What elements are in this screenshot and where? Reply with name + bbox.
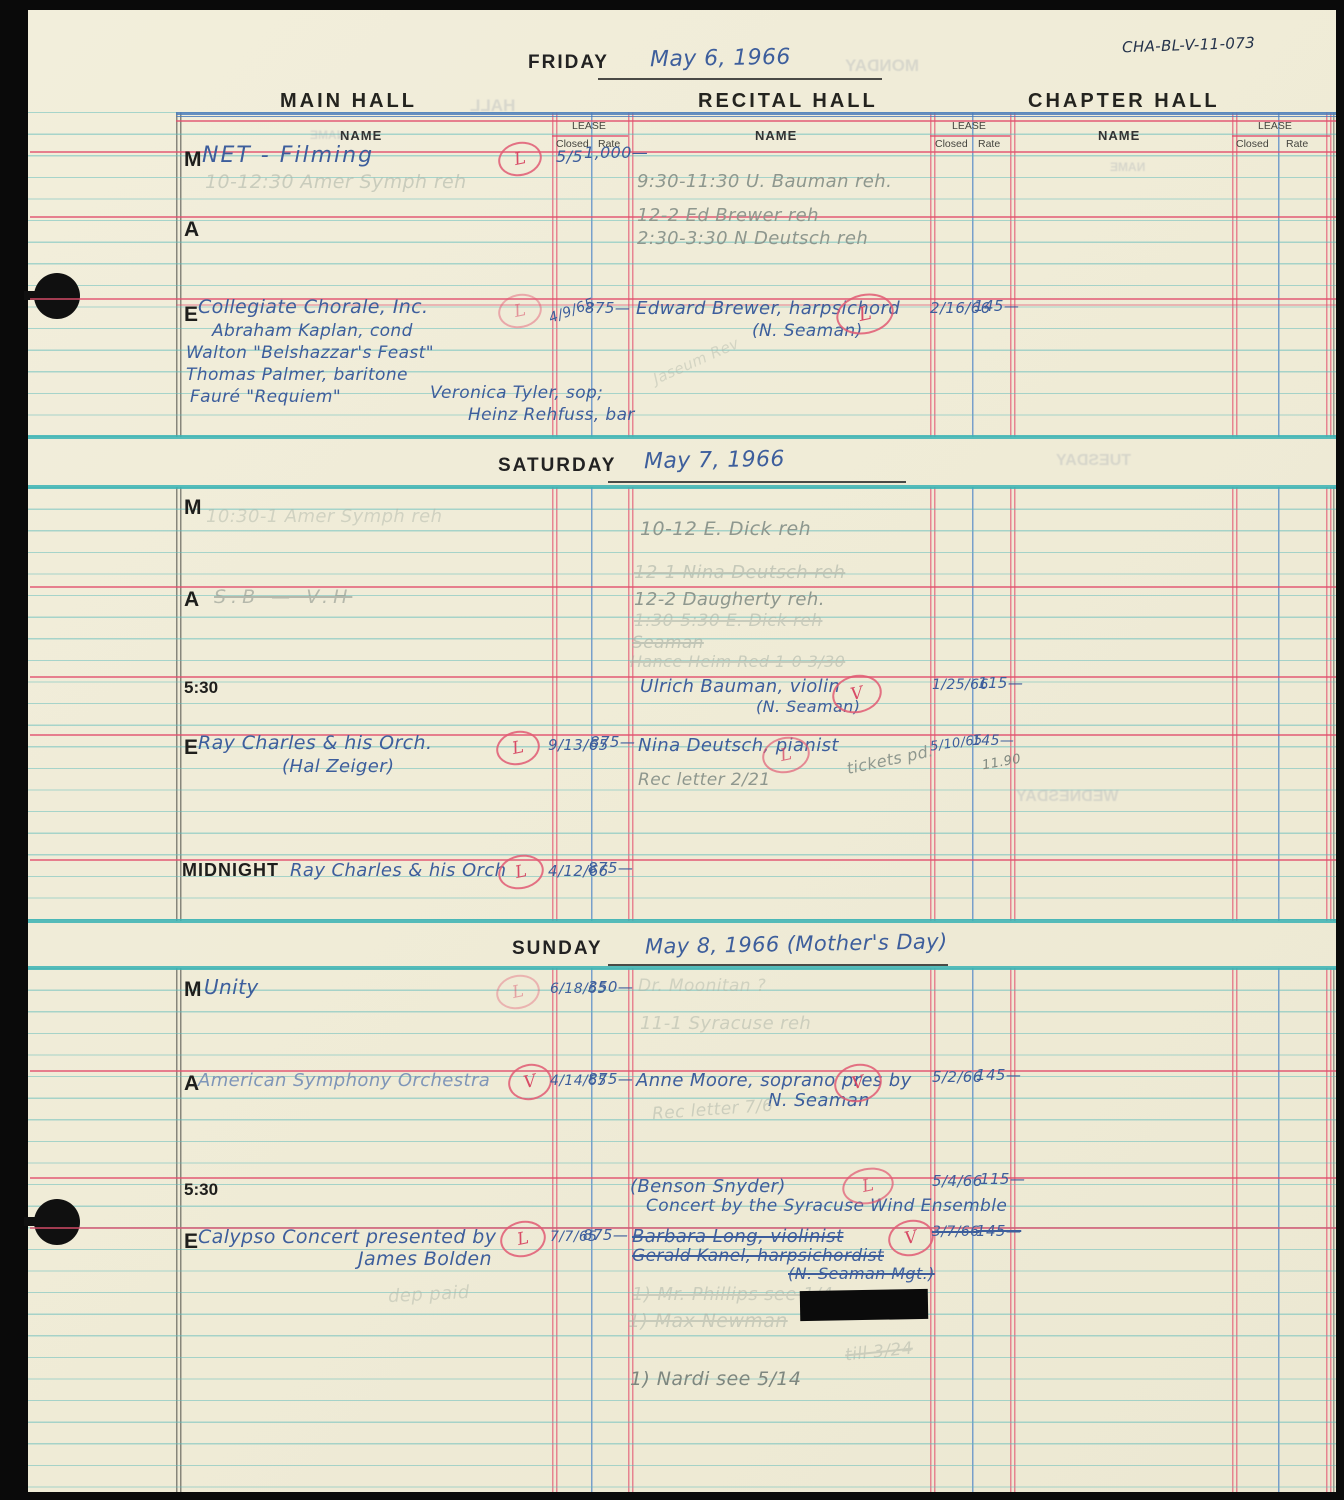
friday-main-e-soloist3: Heinz Rehfuss, bar <box>468 405 635 425</box>
saturday-recital-m-struck-note: 12-1 Nina Deutsch reh <box>634 562 845 583</box>
section-divider <box>28 919 1336 923</box>
saturday-table-grid <box>28 487 1336 921</box>
saturday-recital-a-struck-note1: 1:30-5:30 E. Dick reh <box>634 611 822 631</box>
punch-hole-bottom-tear <box>24 1217 44 1226</box>
friday-recital-e-rate: 145— <box>974 297 1019 315</box>
sunday-recital-e-struck-management: (N. Seaman Mgt.) <box>788 1264 935 1283</box>
sunday-main-a-entry: American Symphony Orchestra <box>198 1070 490 1091</box>
lease-subrule <box>552 135 628 137</box>
saturday-main-m-pencil-note: 10:30-1 Amer Symph reh <box>206 506 442 527</box>
sunday-main-e-deposit-note: dep paid <box>388 1282 471 1307</box>
sunday-recital-e-struck-closed-date: 3/7/66 <box>932 1224 979 1240</box>
chapter-rate-header: Rate <box>1286 138 1308 150</box>
saturday-main-e-rate: 875— <box>590 733 635 751</box>
friday-recital-m-pencil-note: 9:30-11:30 U. Bauman reh. <box>637 171 892 192</box>
chapter-hall-title: CHAPTER HALL <box>1028 90 1220 113</box>
saturday-recital-a-struck-note2: Seaman <box>632 633 704 653</box>
sunday-main-m-rate: 350— <box>588 978 633 996</box>
saturday-main-e-management: (Hal Zeiger) <box>282 756 394 777</box>
sunday-recital-530-entry: (Benson Snyder) <box>630 1176 786 1197</box>
sunday-row-a: A <box>184 1072 199 1096</box>
bleed-through-text: TUESDAY <box>1056 452 1131 470</box>
sunday-day-label: SUNDAY <box>512 938 603 960</box>
saturday-row-m: M <box>184 496 202 520</box>
sunday-main-e-entry: Calypso Concert presented by <box>198 1226 496 1248</box>
saturday-date: May 7, 1966 <box>644 447 785 474</box>
friday-main-m-entry: NET - Filming <box>202 143 374 168</box>
saturday-row-midnight: MIDNIGHT <box>182 860 279 881</box>
bleed-through-text: MONDAY <box>845 56 919 76</box>
friday-main-e-program1: Walton "Belshazzar's Feast" <box>186 343 434 363</box>
friday-recital-a-pencil-note1: 12-2 Ed Brewer reh <box>637 205 819 226</box>
friday-main-e-rate: 875— <box>585 299 630 317</box>
sunday-row-530: 5:30 <box>184 1180 218 1200</box>
friday-main-e-soloist1: Thomas Palmer, baritone <box>186 365 408 385</box>
friday-main-e-soloist2: Veronica Tyler, sop; <box>430 383 603 403</box>
saturday-date-rule <box>608 481 906 483</box>
sunday-main-m-entry: Unity <box>204 975 259 999</box>
recital-hall-title: RECITAL HALL <box>698 90 878 113</box>
saturday-day-label: SATURDAY <box>498 455 616 477</box>
saturday-recital-a-pencil-note: 12-2 Daugherty reh. <box>634 589 825 610</box>
bleed-through-text: WEDNESDAY <box>1016 788 1119 806</box>
sunday-recital-m-pencil-note1: Dr. Moonitan ? <box>638 976 766 996</box>
friday-main-m-rate: 1,000— <box>584 143 648 162</box>
sunday-recital-e-struck-rate: 145— <box>976 1222 1021 1240</box>
table-top-rule-thin <box>176 116 1336 117</box>
bleed-through-text: NAME <box>1110 160 1145 174</box>
section-divider <box>28 485 1336 489</box>
sunday-main-e-presenter: James Bolden <box>358 1248 492 1270</box>
main-lease-header: LEASE <box>572 120 606 132</box>
friday-main-m-pencil-note: 10-12:30 Amer Symph reh <box>205 171 467 193</box>
recital-name-header: NAME <box>755 128 797 143</box>
chapter-lease-header: LEASE <box>1258 120 1292 132</box>
recital-closed-header: Closed <box>935 138 968 150</box>
main-name-header: NAME <box>340 128 382 143</box>
saturday-recital-530-rate: 115— <box>978 674 1023 692</box>
chapter-closed-header: Closed <box>1236 138 1269 150</box>
saturday-row-530: 5:30 <box>184 678 218 698</box>
saturday-recital-e-letter-note: Rec letter 2/21 <box>638 770 771 790</box>
saturday-recital-a-struck-note3: Hance Heim Red 1-0 3/30 <box>630 652 845 671</box>
saturday-row-a: A <box>184 588 199 612</box>
sunday-recital-530-concert: Concert by the Syracuse Wind Ensemble <box>646 1196 1007 1216</box>
sunday-recital-e-struck-entry1: Barbara Long, violinist <box>632 1226 843 1247</box>
sunday-recital-a-rate: 145— <box>976 1066 1021 1084</box>
section-divider <box>28 966 1336 970</box>
main-hall-title: MAIN HALL <box>280 90 417 113</box>
saturday-midnight-rate: 875— <box>588 859 633 877</box>
friday-date: May 6, 1966 <box>650 45 791 72</box>
saturday-row-e: E <box>184 736 198 760</box>
sunday-recital-530-closed-date: 5/4/66 <box>932 1172 983 1190</box>
saturday-main-a-struck-note: S.B — V.H <box>214 586 352 608</box>
sunday-main-a-rate: 875— <box>588 1070 633 1088</box>
lease-subrule <box>1232 135 1330 137</box>
friday-main-m-closed-date: 5/5 <box>556 147 583 166</box>
recital-lease-header: LEASE <box>952 120 986 132</box>
friday-row-a: A <box>184 218 199 242</box>
saturday-recital-m-pencil-note: 10-12 E. Dick reh <box>640 518 811 540</box>
sunday-recital-e-struck-note2: 1) Max Newman <box>628 1310 788 1332</box>
friday-day-label: FRIDAY <box>528 52 609 74</box>
sunday-row-m: M <box>184 978 202 1002</box>
friday-date-rule <box>598 78 882 80</box>
sunday-main-e-rate: 875— <box>583 1226 628 1244</box>
friday-recital-a-pencil-note2: 2:30-3:30 N Deutsch reh <box>637 228 868 249</box>
saturday-recital-530-entry: Ulrich Bauman, violin <box>640 676 840 697</box>
redaction-box <box>800 1289 929 1321</box>
table-top-rule <box>176 112 1336 115</box>
friday-main-e-entry: Collegiate Chorale, Inc. <box>198 296 428 318</box>
header-rule <box>176 120 1336 122</box>
recital-rate-header: Rate <box>978 138 1000 150</box>
saturday-midnight-entry: Ray Charles & his Orch <box>290 860 506 881</box>
friday-row-e: E <box>184 303 198 327</box>
lease-subrule <box>930 135 1010 137</box>
sunday-recital-e-active-note: 1) Nardi see 5/14 <box>630 1368 801 1390</box>
friday-main-e-program2: Fauré "Requiem" <box>190 387 341 407</box>
section-divider <box>28 435 1336 439</box>
scanned-ledger-page: MONDAY HALL NAME NAME TUESDAY WEDNESDAY … <box>0 0 1344 1500</box>
sunday-row-e: E <box>184 1230 198 1254</box>
friday-row-m: M <box>184 148 202 172</box>
saturday-recital-e-rate: 145— <box>972 733 1014 749</box>
sunday-recital-m-pencil-note2: 11-1 Syracuse reh <box>640 1013 811 1034</box>
chapter-name-header: NAME <box>1098 128 1140 143</box>
friday-main-e-conductor: Abraham Kaplan, cond <box>212 321 413 341</box>
saturday-main-e-entry: Ray Charles & his Orch. <box>198 732 432 754</box>
sunday-recital-e-struck-entry2: Gerald Kanel, harpsichordist <box>632 1246 884 1266</box>
sunday-recital-530-rate: 115— <box>980 1170 1025 1188</box>
